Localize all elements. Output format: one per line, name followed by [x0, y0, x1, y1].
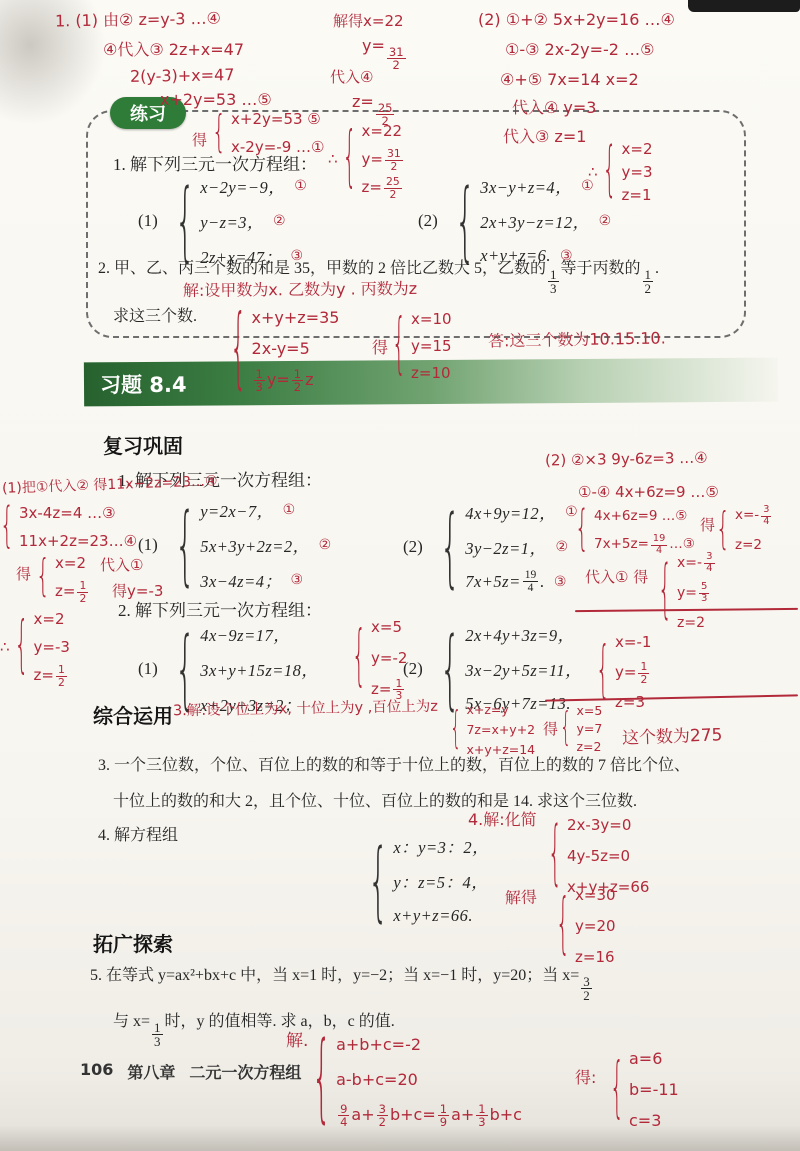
hw-exp-got: 得: [575, 1068, 596, 1089]
hw-r5: 代入③ z=1 [503, 127, 586, 148]
hw-p2-got: 得 [372, 338, 388, 359]
hw-eq: a+b+c=-2 [336, 1028, 522, 1063]
brace: { [0, 504, 14, 552]
brace: { [610, 1058, 624, 1124]
hw-comp-note4: 4.解:化简 [468, 810, 537, 831]
equation: . [540, 572, 545, 592]
equation-mark: ① [283, 502, 296, 518]
fraction: 12 [292, 368, 303, 393]
brace: { [343, 127, 357, 193]
fraction: 13 [152, 1021, 163, 1049]
fraction: 12 [643, 268, 654, 296]
system-label: (2) [418, 211, 438, 231]
hw-top-l3: 2(y-3)+x=47 [130, 65, 235, 88]
hw-rev-m1: { 3x-4z=4 …③ 11x+2z=23…④ [0, 500, 137, 556]
hw-eq: 4y-5z=0 [567, 841, 649, 872]
hw-r1: (2) ①+② 5x+2y=16 …④ [478, 10, 675, 31]
equation-mark: ③ [554, 574, 567, 590]
equation-mark: ② [555, 539, 568, 555]
hw-top-l2: ④代入③ 2z+x=47 [103, 40, 244, 61]
comp-p4-title: 4. 解方程组 [98, 822, 178, 845]
hw-eq: 3x-4z=4 …③ [19, 500, 137, 528]
hw-comp-sol2: { x=30 y=20 z=16 [556, 880, 616, 973]
hw-sol: x=-34 [735, 501, 773, 531]
equation: y−z=3， [200, 209, 264, 233]
hw-sol: y=312 [362, 146, 405, 174]
hw-sol: c=3 [629, 1106, 679, 1137]
text: 与 x= [113, 1013, 150, 1030]
hw-sol: y=15 [411, 333, 452, 360]
hw-p2-solution: { x=10 y=15 z=10 [392, 306, 452, 387]
hw-eq: x+y+z=35 [252, 303, 340, 334]
hw-eq: 4x+6z=9 …⑤ [594, 503, 695, 531]
hw-sol: b=-11 [629, 1075, 679, 1106]
hw-sol: y=3 [622, 161, 653, 184]
hw-rev-low-sol: { x=-34 y=53 z=2 [658, 548, 717, 638]
exp-p5-line1: 5. 在等式 y=ax²+bx+c 中，当 x=1 时，y=−2；当 x=−1 … [90, 962, 594, 1003]
brace: { [658, 561, 672, 625]
fraction: 312 [387, 46, 406, 71]
hw-text: z= [55, 582, 75, 602]
hw-sol: y=53 [677, 578, 717, 608]
hw-top-l1: 1. (1) 由② z=y-3 …④ [55, 9, 221, 33]
fraction: 12 [56, 664, 67, 688]
fraction: 13 [254, 368, 265, 393]
hw-text: y= [362, 36, 385, 55]
hw-sol: a=6 [629, 1044, 679, 1075]
hw-p2-intro: 解:设甲数为x. 乙数为y . 丙数为z [183, 279, 417, 302]
system-review-2: (2) { 4x+9y=12，① 3y−2z=1，② 7x+5z=194.③ [403, 494, 578, 599]
fraction: 53 [699, 582, 709, 604]
hw-eq: 7z=x+y+2 [466, 720, 535, 740]
brace: { [556, 894, 570, 960]
hw-text: z= [362, 178, 382, 198]
hw-eq: x+2y=53 ⑤ [231, 106, 324, 134]
hw-text: z [305, 370, 313, 391]
hw-sol: y=-2 [371, 643, 407, 674]
brace: { [716, 509, 730, 553]
hw-mid-solved: 解得x=22 [333, 12, 404, 32]
hw-eq: 13y=12z [252, 365, 340, 396]
system-label: (1) [138, 535, 158, 555]
equation: x：y=3：2， [393, 834, 489, 858]
hw-text: y= [362, 150, 383, 170]
text: 等于丙数的 [561, 260, 641, 277]
brace: { [230, 305, 247, 393]
system-label: (1) [138, 211, 158, 231]
hw-comp-got: 得 [543, 720, 558, 740]
hw-eq: 2x-y=5 [252, 334, 340, 365]
equation-mark: ② [319, 537, 332, 553]
hw-comp-got2: 解得 [505, 887, 538, 909]
equation-mark: ② [599, 213, 612, 229]
hw-mid-y: y=312 [362, 36, 408, 71]
hw-text: y= [267, 370, 290, 391]
hw-r2: ①-③ 2x-2y=-2 …⑤ [505, 40, 654, 61]
hw-text: 7x+5z= [594, 536, 649, 554]
hw-sol: z=1 [622, 184, 653, 207]
fraction: 12 [638, 661, 649, 685]
hw-text: b+c [490, 1105, 522, 1126]
equation: 2x+4y+3z=9， [465, 622, 574, 646]
system-review-1: (1) { y=2x−7，① 5x+3y+2z=2，② 3x−4z=4；③ [138, 492, 331, 597]
red-underline-2 [545, 694, 798, 701]
equation: 3x+y+15z=18， [200, 657, 318, 681]
brace: { [175, 177, 195, 263]
equation: 5x+3y+2z=2， [200, 533, 309, 557]
hw-sol: y=7 [576, 720, 602, 738]
hw-sol: z=252 [362, 174, 405, 202]
hw-rev-m2c: 代入① [100, 556, 143, 576]
hw-sol: x=2 [622, 138, 653, 161]
hw-p2-answer: 答:这三个数为10.15.10. [488, 328, 666, 352]
equation-mark: ② [273, 213, 286, 229]
equation: 2x+3y−z=12， [480, 209, 589, 233]
fraction: 34 [704, 552, 714, 574]
brace: { [455, 177, 475, 263]
fraction: 19 [438, 1103, 449, 1128]
fraction: 312 [385, 148, 403, 172]
hw-mid-sub4: 代入④ [330, 68, 373, 88]
hw-sol: z=3 [615, 688, 651, 718]
brace: { [450, 708, 461, 751]
equation: 3y−2z=1， [465, 535, 546, 559]
equation: 7x+5z= [465, 572, 521, 592]
hw-comp-answer: 这个数为275 [622, 724, 723, 750]
exercise-banner-label: 习题 8.4 [100, 369, 187, 400]
equation: 3x−4z=4； [200, 568, 281, 592]
text: 5. 在等式 y=ax²+bx+c 中，当 x=1 时，y=−2；当 x=−1 … [90, 967, 579, 984]
equation: y=2x−7， [200, 498, 273, 522]
hw-sol: y=12 [615, 658, 651, 688]
fraction: 34 [761, 505, 771, 526]
hw-eq: 2x-3y=0 [567, 810, 649, 841]
equation-mark: ① [581, 178, 594, 194]
brace: { [368, 837, 388, 923]
hw-exp-result: { a=6 b=-11 c=3 [610, 1044, 679, 1137]
brace: { [352, 626, 366, 692]
hw-comp-sol: { x=5 y=7 z=2 [560, 702, 602, 756]
hw-eq: 94a+32b+c=19a+13b+c [336, 1098, 522, 1133]
hw-sol: x=22 [362, 118, 405, 146]
hw-sol: x=-1 [615, 628, 651, 658]
hw-rev-r1: ①-④ 4x+6z=9 …⑤ [578, 483, 719, 503]
hw-text: z= [352, 92, 374, 111]
therefore-sign: ∴ [0, 638, 10, 658]
hw-sol: y=20 [575, 911, 616, 942]
hw-text: y= [677, 584, 697, 602]
equation: 3x−y+z=4， [480, 174, 572, 198]
practice-p2-line2: 求这三个数. [113, 303, 197, 326]
equation: y：z=5：4， [393, 869, 488, 893]
brace: { [312, 1033, 331, 1129]
equation: 4x−9z=17， [200, 622, 290, 646]
brace: { [440, 625, 460, 711]
hw-rev-got: 得 [700, 516, 715, 536]
textbook-page-photo: 练习 习题 8.4 1. (1) 由② z=y-3 …④ ④代入③ 2z+x=4… [0, 0, 800, 1151]
hw-text: y= [615, 663, 636, 683]
hw-sol: x=2 [55, 550, 90, 578]
equation: x−2y=−9， [200, 174, 285, 198]
hw-rev-m2-got: 得 [16, 565, 31, 585]
brace: { [15, 617, 29, 679]
system-label: (2) [403, 537, 423, 557]
hw-sol: y=-3 [34, 634, 70, 662]
hw-text: z= [371, 680, 391, 700]
hw-p2-system: { x+y+z=35 2x-y=5 13y=12z [230, 303, 339, 396]
hw-sol: z=10 [411, 360, 452, 387]
hw-got-label: 得 [192, 131, 207, 151]
hw-text: x=- [677, 554, 702, 572]
comp-p3-line1: 3. 一个三位数，个位、百位上的数的和等于十位上的数，百位上的数的 7 倍比个位… [98, 752, 690, 775]
hw-text: b+c= [390, 1105, 436, 1126]
section-header-expansion: 拓广探索 [93, 928, 173, 957]
brace: { [175, 625, 195, 711]
hw-mid-conclusion: ∴ { x=22 y=312 z=252 [328, 118, 405, 202]
hw-sol: x=30 [575, 880, 616, 911]
brace: { [175, 501, 195, 587]
hw-sol: x=10 [411, 306, 452, 333]
hw-sol: z=2 [677, 608, 717, 638]
text: . [655, 260, 659, 277]
hw-exp-sol-label: 解. [286, 1030, 308, 1052]
brace: { [392, 314, 406, 380]
fraction: 32 [377, 1103, 388, 1128]
hw-eq: x+z=y [466, 700, 535, 720]
brace: { [36, 556, 50, 600]
hw-rev-p2s1-sol: { x=5 y=-2 z=13 [352, 612, 407, 705]
text: 2. 甲、乙、丙三个数的和是 35，甲数的 2 倍比乙数大 5，乙数的 [98, 260, 546, 277]
fraction: 12 [77, 580, 88, 604]
therefore-sign: ∴ [328, 150, 338, 170]
hw-text: z= [34, 666, 54, 686]
hw-exp-system: { a+b+c=-2 a-b+c=20 94a+32b+c=19a+13b+c [312, 1028, 522, 1133]
section-header-review: 复习巩固 [103, 430, 183, 459]
system-comp-p4: { x：y=3：2， y：z=5：4， x+y+z=66. [368, 828, 489, 933]
equation: 4x+9y=12， [465, 500, 556, 524]
hw-sol: x=5 [371, 612, 407, 643]
brace: { [575, 507, 589, 555]
hw-rev-m2: { x=2 z=12 [36, 550, 90, 606]
hw-comp-system: { x+z=y 7z=x+y+2 x+y+z=14 [450, 700, 535, 760]
hw-rev-mid-sol: { x=-34 z=2 [716, 501, 773, 561]
fraction: 13 [476, 1103, 487, 1128]
equation: x+y+z=66. [393, 906, 473, 926]
fraction: 194 [523, 569, 539, 594]
hw-text: x=- [735, 507, 759, 525]
hw-r4: 代入④ y=3 [512, 98, 597, 119]
hw-rev-m3: ∴ { x=2 y=-3 z=12 [0, 606, 70, 690]
hw-r3: ④+⑤ 7x=14 x=2 [500, 70, 639, 91]
hw-comp-note3: 3.解:设个位上为x, 十位上为y ,百位上为z [173, 698, 438, 721]
hw-sol: x=-34 [677, 548, 717, 578]
hw-rev-r3: 代入① 得 [585, 568, 648, 588]
chapter-label: 第八章 [127, 1060, 175, 1083]
fraction: 252 [384, 176, 402, 200]
section-header-comprehensive: 综合运用 [93, 700, 173, 729]
hw-sol: z=12 [55, 578, 90, 606]
equation-mark: ③ [290, 572, 303, 588]
fraction: 94 [338, 1103, 349, 1128]
brace: { [560, 709, 571, 749]
hw-sol: x=5 [576, 702, 602, 720]
photo-topbar [688, 0, 800, 12]
brace: { [596, 642, 610, 704]
system-label: (1) [138, 659, 158, 679]
fraction: 32 [581, 975, 592, 1003]
equation-mark: ① [294, 178, 307, 194]
hw-rev-r0: (2) ②×3 9y-6z=3 …④ [545, 449, 708, 471]
page-footer: 106 第八章 二元一次方程组 [80, 1060, 301, 1083]
equation: 3x−2y+5z=11， [465, 657, 582, 681]
hw-rev-p2s2-sol: { x=-1 y=12 z=3 [596, 628, 651, 718]
hw-eq: a-b+c=20 [336, 1063, 522, 1098]
brace: { [440, 503, 460, 589]
hw-sol: z=2 [735, 531, 773, 561]
book-title: 二元一次方程组 [189, 1060, 301, 1083]
comp-p3-line2: 十位上的数的和大 2，且个位、十位、百位上的数的和是 14. 求这个三位数. [113, 788, 637, 811]
hw-sol: z=12 [34, 662, 70, 690]
page-number: 106 [80, 1060, 113, 1083]
system-label: (2) [403, 659, 423, 679]
hw-text: a+ [351, 1105, 374, 1126]
fraction: 13 [548, 268, 559, 296]
hw-text: a+ [451, 1105, 474, 1126]
hw-sol: x=2 [34, 606, 70, 634]
